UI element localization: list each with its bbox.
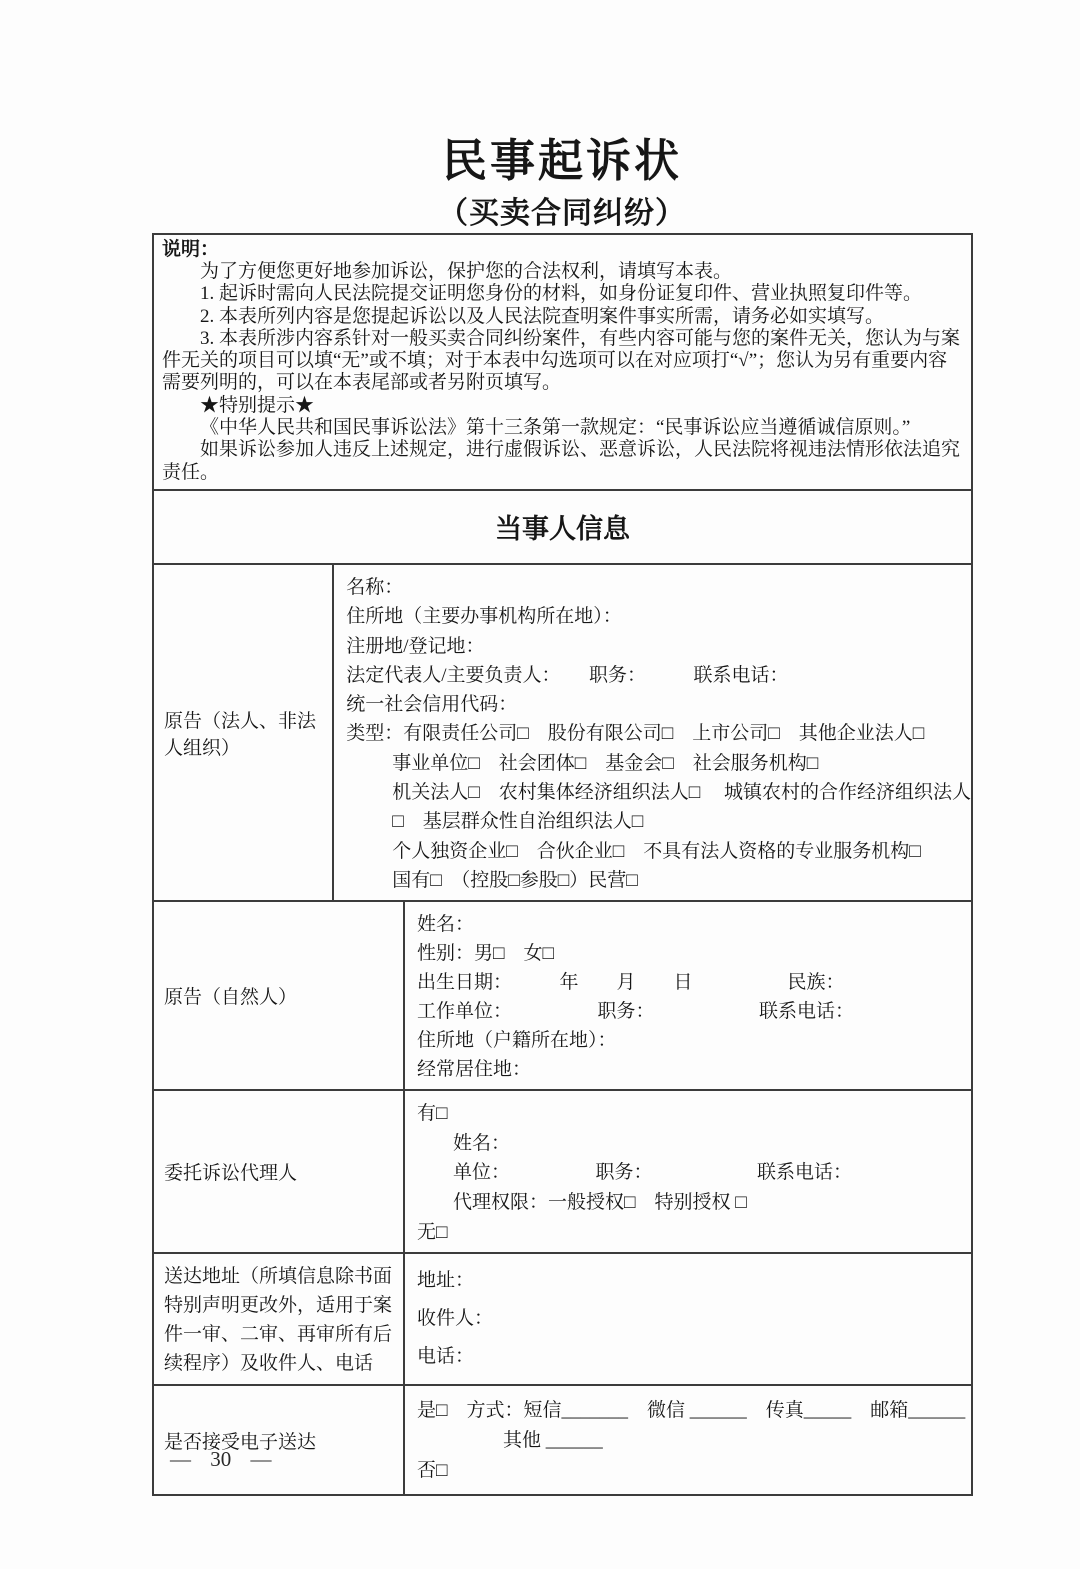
service-address-fields: 地址： 收件人： 电话： bbox=[405, 1254, 971, 1384]
page-number: — 30 — bbox=[170, 1447, 272, 1472]
instructions-item-1: 1. 起诉时需向人民法院提交证明您身份的材料，如身份证复印件、营业执照复印件等。 bbox=[162, 283, 963, 305]
document-page: 民事起诉状 （买卖合同纠纷） 说明： 为了方便您更好地参加诉讼，保护您的合法权利… bbox=[0, 0, 1080, 1569]
litigation-agent-fields: 有□ 姓名： 单位： 职务： 联系电话： 代理权限：一般授权□ 特别授权 □ 无… bbox=[405, 1091, 971, 1252]
row-plaintiff-org: 原告（法人、非法人组织） 名称： 住所地（主要办事机构所在地）： 注册地/登记地… bbox=[154, 565, 971, 902]
electronic-service-fields: 是□ 方式：短信_______ 微信 ______ 传真_____ 邮箱____… bbox=[405, 1386, 971, 1494]
field-agent-authority: 代理权限：一般授权□ 特别授权 □ bbox=[417, 1188, 971, 1218]
row-plaintiff-person: 原告（自然人） 姓名： 性别：男□ 女□ 出生日期： 年 月 日 民族： 工作单… bbox=[154, 902, 971, 1091]
instructions-item-2: 2. 本表所列内容是您提起诉讼以及人民法院查明案件事实所需，请务必如实填写。 bbox=[162, 306, 963, 328]
row-electronic-service: 是否接受电子送达 是□ 方式：短信_______ 微信 ______ 传真___… bbox=[154, 1386, 971, 1494]
row-label-service-address: 送达地址（所填信息除书面特别声明更改外，适用于案件一审、二审、再审所有后续程序）… bbox=[154, 1254, 405, 1384]
field-service-recipient: 收件人： bbox=[417, 1300, 971, 1338]
row-label-electronic-service: 是否接受电子送达 bbox=[154, 1386, 405, 1494]
row-service-address: 送达地址（所填信息除书面特别声明更改外，适用于案件一审、二审、再审所有后续程序）… bbox=[154, 1254, 971, 1386]
field-org-type-line-2: 事业单位□ 社会团体□ 基金会□ 社会服务机构□ bbox=[346, 749, 971, 778]
option-no-agent: 无□ bbox=[417, 1218, 971, 1248]
section-header-party-info: 当事人信息 bbox=[154, 491, 971, 565]
option-electronic-yes-methods: 是□ 方式：短信_______ 微信 ______ 传真_____ 邮箱____… bbox=[417, 1396, 971, 1426]
field-org-registered-address: 注册地/登记地： bbox=[346, 632, 971, 661]
row-label-plaintiff-person: 原告（自然人） bbox=[154, 902, 405, 1089]
row-litigation-agent: 委托诉讼代理人 有□ 姓名： 单位： 职务： 联系电话： 代理权限：一般授权□ … bbox=[154, 1091, 971, 1254]
liability-warning: 如果诉讼参加人违反上述规定，进行虚假诉讼、恶意诉讼，人民法院将视违法情形依法追究… bbox=[162, 439, 963, 484]
field-person-employer: 工作单位： 职务： 联系电话： bbox=[417, 997, 971, 1026]
complaint-form-table: 说明： 为了方便您更好地参加诉讼，保护您的合法权利，请填写本表。 1. 起诉时需… bbox=[152, 233, 973, 1496]
field-person-name: 姓名： bbox=[417, 910, 971, 939]
field-org-name: 名称： bbox=[346, 573, 971, 602]
document-title: 民事起诉状 bbox=[152, 124, 972, 189]
field-person-birthdate: 出生日期： 年 月 日 民族： bbox=[417, 968, 971, 997]
instructions-intro: 为了方便您更好地参加诉讼，保护您的合法权利，请填写本表。 bbox=[162, 261, 963, 283]
option-has-agent: 有□ bbox=[417, 1099, 971, 1129]
field-org-type-line-3: 机关法人□ 农村集体经济组织法人□ 城镇农村的合作经济组织法人 bbox=[346, 778, 971, 807]
field-org-credit-code: 统一社会信用代码： bbox=[346, 690, 971, 719]
row-label-plaintiff-org: 原告（法人、非法人组织） bbox=[154, 565, 334, 900]
instructions-item-3: 3. 本表所涉内容系针对一般买卖合同纠纷案件，有些内容可能与您的案件无关，您认为… bbox=[162, 328, 963, 395]
field-org-type-line-6: 国有□ （控股□参股□）民营□ bbox=[346, 866, 971, 895]
instructions-section: 说明： 为了方便您更好地参加诉讼，保护您的合法权利，请填写本表。 1. 起诉时需… bbox=[154, 235, 971, 491]
field-org-type-line-4: □ 基层群众性自治组织法人□ bbox=[346, 807, 971, 836]
field-org-domicile: 住所地（主要办事机构所在地）： bbox=[346, 602, 971, 631]
option-electronic-no: 否□ bbox=[417, 1456, 971, 1486]
field-electronic-other-method: 其他 ______ bbox=[417, 1426, 971, 1456]
law-quote: 《中华人民共和国民事诉讼法》第十三条第一款规定：“民事诉讼应当遵循诚信原则。” bbox=[162, 417, 963, 439]
field-service-address: 地址： bbox=[417, 1262, 971, 1300]
instructions-heading: 说明： bbox=[162, 238, 963, 261]
field-agent-unit: 单位： 职务： 联系电话： bbox=[417, 1158, 971, 1188]
field-agent-name: 姓名： bbox=[417, 1129, 971, 1159]
field-org-type-line-1: 类型：有限责任公司□ 股份有限公司□ 上市公司□ 其他企业法人□ bbox=[346, 719, 971, 748]
field-person-habitual-residence: 经常居住地： bbox=[417, 1055, 971, 1084]
field-service-phone: 电话： bbox=[417, 1338, 971, 1376]
document-subtitle: （买卖合同纠纷） bbox=[152, 188, 972, 232]
row-label-litigation-agent: 委托诉讼代理人 bbox=[154, 1091, 405, 1252]
field-org-legal-rep: 法定代表人/主要负责人： 职务： 联系电话： bbox=[346, 661, 971, 690]
field-org-type-line-5: 个人独资企业□ 合伙企业□ 不具有法人资格的专业服务机构□ bbox=[346, 837, 971, 866]
special-notice: ★特别提示★ bbox=[162, 395, 963, 417]
plaintiff-person-fields: 姓名： 性别：男□ 女□ 出生日期： 年 月 日 民族： 工作单位： 职务： 联… bbox=[405, 902, 971, 1089]
plaintiff-org-fields: 名称： 住所地（主要办事机构所在地）： 注册地/登记地： 法定代表人/主要负责人… bbox=[334, 565, 971, 900]
field-person-household-address: 住所地（户籍所在地）： bbox=[417, 1026, 971, 1055]
field-person-gender: 性别：男□ 女□ bbox=[417, 939, 971, 968]
